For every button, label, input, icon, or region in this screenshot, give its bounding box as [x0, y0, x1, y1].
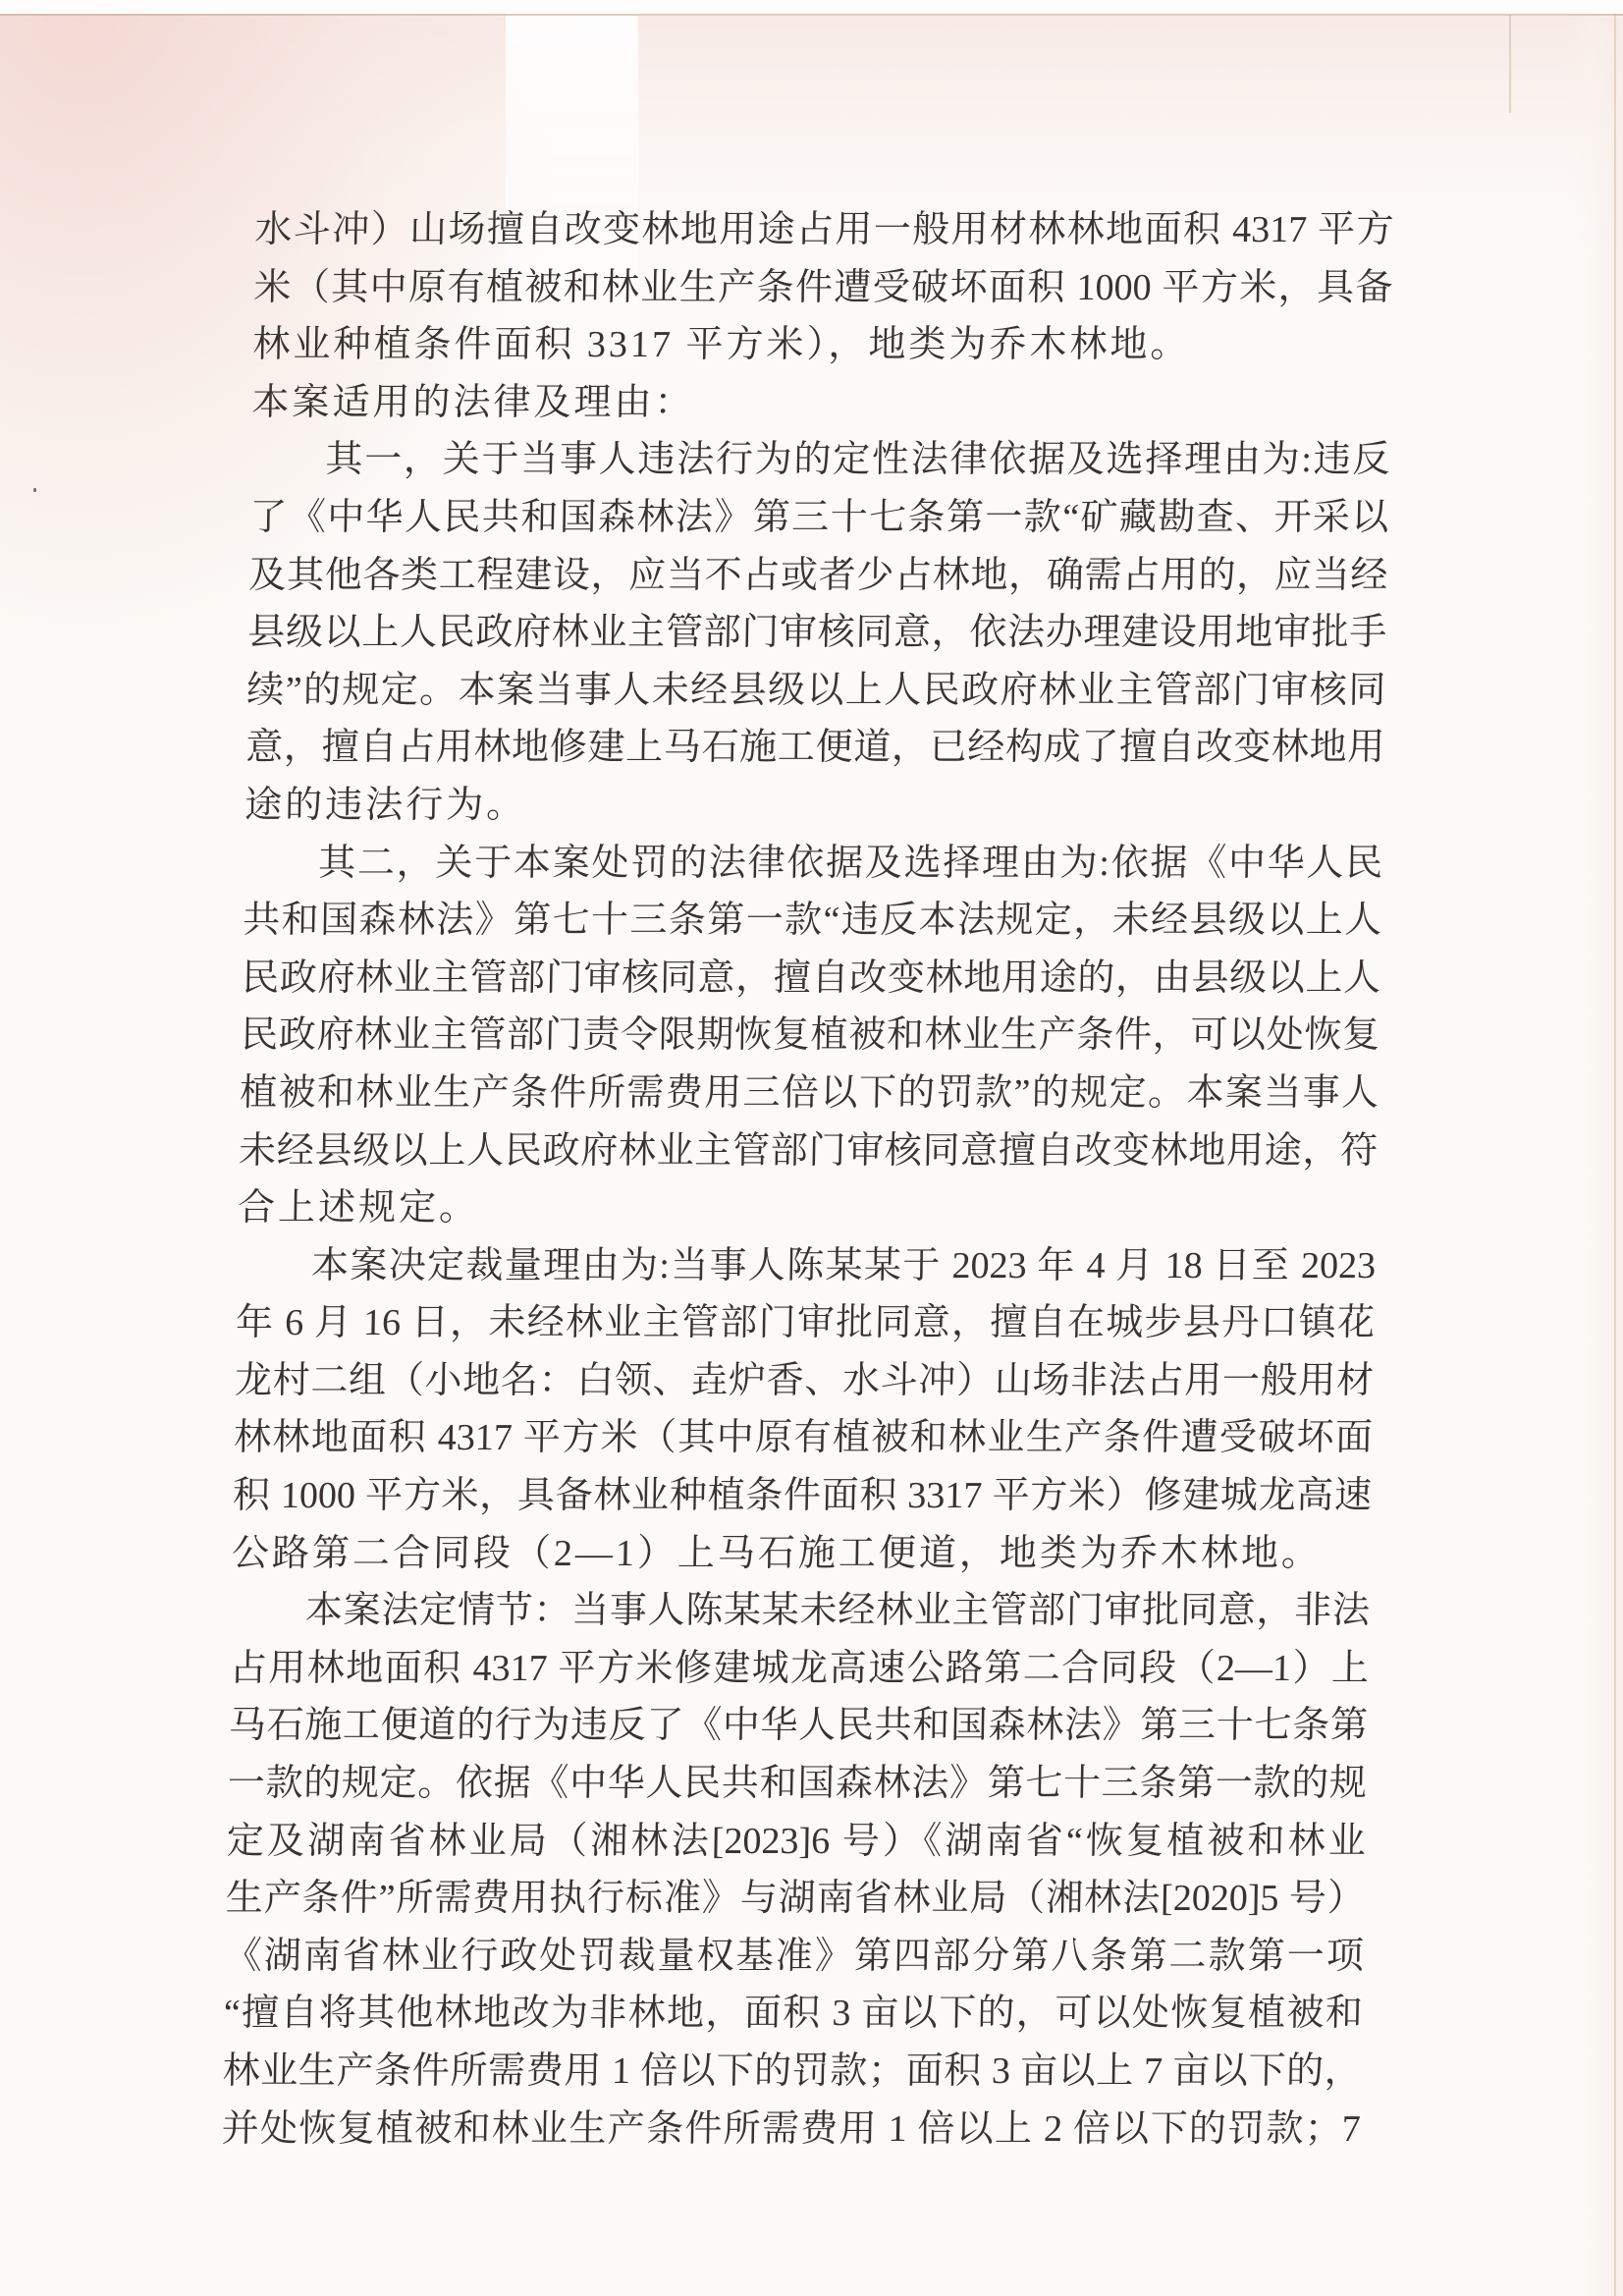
text-line: 积 1000 平方米，具备林业种植条件面积 3317 平方米）修建城龙高速 [232, 1467, 1372, 1525]
paper-edge-line-right [1614, 14, 1616, 2296]
text-line: 生产条件”所需费用执行标准》与湖南省林业局（湘林法[2020]5 号） [225, 1870, 1365, 1928]
text-line: 县级以上人民政府林业主管部门审核同意，依法办理建设用地审批手 [247, 604, 1387, 662]
text-line: 一款的规定。依据《中华人民共和国森林法》第七十三条第一款的规 [227, 1755, 1367, 1813]
scanned-page: 水斗冲）山场擅自改变林地用途占用一般用材林林地面积 4317 平方米（其中原有植… [0, 0, 1623, 2296]
text-line: 及其他各类工程建设，应当不占或者少占林地，确需占用的，应当经 [248, 547, 1388, 605]
text-line: 《湖南省林业行政处罚裁量权基准》第四部分第八条第二款第一项 [224, 1928, 1364, 1986]
text-line: 并处恢复植被和林业生产条件所需费用 1 倍以上 2 倍以下的罚款；7 [221, 2101, 1361, 2159]
text-line: 其一，关于当事人违法行为的定性法律依据及选择理由为:违反 [250, 431, 1390, 489]
document-body: 水斗冲）山场擅自改变林地用途占用一般用材林林地面积 4317 平方米（其中原有植… [221, 201, 1394, 2158]
text-line: 植被和林业生产条件所需费用三倍以下的罚款”的规定。本案当事人 [240, 1065, 1380, 1122]
paper-top-edge [0, 0, 1623, 14]
text-line: 意，擅自占用林地修建上马石施工便道，已经构成了擅自改变林地用 [245, 719, 1385, 777]
text-line: 途的违法行为。 [244, 777, 1384, 835]
text-line: 合上述规定。 [238, 1179, 1378, 1237]
scan-speck [33, 488, 36, 492]
text-line: 本案决定裁量理由为:当事人陈某某于 2023 年 4 月 18 日至 2023 [237, 1237, 1377, 1295]
text-line: 占用林地面积 4317 平方米修建城龙高速公路第二合同段（2—1）上 [229, 1640, 1369, 1698]
text-line: 林林地面积 4317 平方米（其中原有植被和林业生产条件遭受破坏面 [233, 1409, 1373, 1467]
text-line: 林业生产条件所需费用 1 倍以下的罚款；面积 3 亩以上 7 亩以下的， [222, 2043, 1362, 2101]
text-line: 米（其中原有植被和林业生产条件遭受破坏面积 1000 平方米，具备 [253, 259, 1393, 317]
paper-crease-notch [1509, 15, 1511, 113]
text-line: 续”的规定。本案当事人未经县级以上人民政府林业主管部门审核同 [246, 662, 1386, 720]
text-line: 公路第二合同段（2—1）上马石施工便道，地类为乔木林地。 [231, 1525, 1371, 1583]
text-line: 龙村二组（小地名：白领、垚炉香、水斗冲）山场非法占用一般用材 [235, 1352, 1375, 1410]
paper-crease-line [0, 14, 1623, 16]
text-line: 民政府林业主管部门审核同意，擅自改变林地用途的，由县级以上人 [242, 950, 1381, 1008]
text-line: 本案适用的法律及理由： [251, 374, 1391, 432]
text-line: 了《中华人民共和国森林法》第三十七条第一款“矿藏勘查、开采以 [249, 489, 1389, 547]
text-line: 林业种植条件面积 3317 平方米），地类为乔木林地。 [252, 316, 1392, 374]
text-line: 定及湖南省林业局（湘林法[2023]6 号）《湖南省“恢复植被和林业 [226, 1813, 1366, 1871]
text-line: 其二，关于本案处罚的法律依据及选择理由为:依据《中华人民 [243, 835, 1383, 893]
text-line: 马石施工便道的行为违反了《中华人民共和国森林法》第三十七条第 [228, 1697, 1368, 1755]
text-line: 民政府林业主管部门责令限期恢复植被和林业生产条件，可以处恢复 [241, 1007, 1380, 1065]
text-line: 水斗冲）山场擅自改变林地用途占用一般用材林林地面积 4317 平方 [254, 201, 1394, 259]
text-line: 共和国森林法》第七十三条第一款“违反本法规定，未经县级以上人 [243, 892, 1382, 950]
text-line: 未经县级以上人民政府林业主管部门审核同意擅自改变林地用途，符 [239, 1122, 1379, 1180]
text-line: “擅自将其他林地改为非林地，面积 3 亩以下的，可以处恢复植被和 [223, 1985, 1363, 2043]
text-line: 本案法定情节：当事人陈某某未经林业主管部门审批同意，非法 [230, 1582, 1370, 1640]
text-line: 年 6 月 16 日，未经林业主管部门审批同意，擅自在城步县丹口镇花 [236, 1294, 1376, 1352]
